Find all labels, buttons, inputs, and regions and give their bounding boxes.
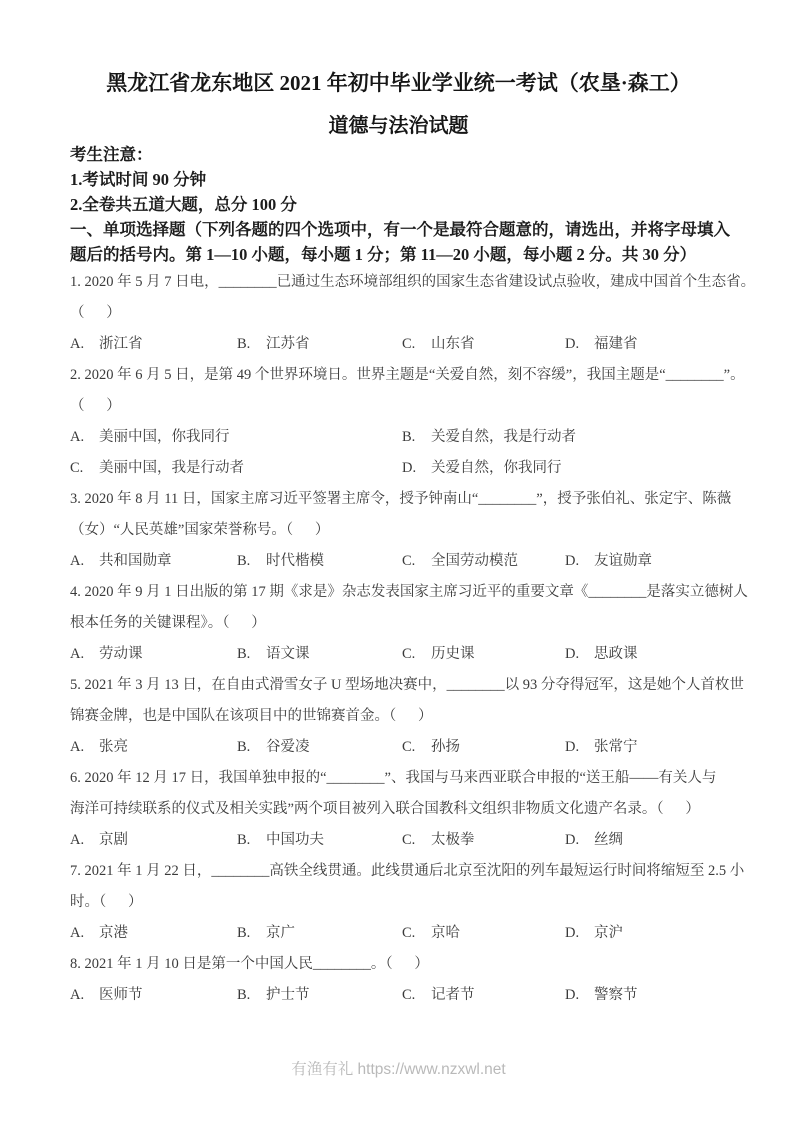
- option-text: 美丽中国，我是行动者: [99, 460, 244, 476]
- option-text: 劳动课: [99, 646, 143, 662]
- question-6: 6. 2020 年 12 月 17 日，我国单独申报的“________”、我国…: [70, 763, 727, 856]
- option-row: A.张亮 B.谷爱凌 C.孙扬 D.张常宁: [70, 732, 727, 763]
- option-label: A.: [70, 422, 87, 453]
- option-label: B.: [237, 918, 254, 949]
- option-text: 医师节: [99, 987, 143, 1003]
- option-label: A.: [70, 732, 87, 763]
- option-c: C.山东省: [402, 329, 565, 360]
- answer-brackets: （ ）: [70, 391, 727, 422]
- section-one-header: 一、单项选择题（下列各题的四个选项中，有一个是最符合题意的，请选出，并将字母填入…: [70, 217, 727, 267]
- option-a: A.京剧: [70, 825, 237, 856]
- question-text-continued: 锦赛金牌，也是中国队在该项目中的世锦赛首金。（ ）: [70, 701, 727, 732]
- option-text: 中国功夫: [266, 832, 324, 848]
- option-text: 友谊勋章: [594, 553, 652, 569]
- option-text: 京港: [99, 925, 128, 941]
- question-text-continued: 时。（ ）: [70, 887, 727, 918]
- question-text: 6. 2020 年 12 月 17 日，我国单独申报的“________”、我国…: [70, 763, 727, 794]
- option-text: 美丽中国，你我同行: [99, 429, 230, 445]
- option-text: 孙扬: [431, 739, 460, 755]
- option-d: D.京沪: [565, 918, 727, 949]
- option-text: 京剧: [99, 832, 128, 848]
- question-8: 8. 2021 年 1 月 10 日是第一个中国人民________。（ ） A…: [70, 949, 727, 1011]
- option-label: B.: [237, 639, 254, 670]
- option-label: D.: [565, 639, 582, 670]
- option-row: A.京港 B.京广 C.京哈 D.京沪: [70, 918, 727, 949]
- option-label: D.: [402, 453, 419, 484]
- option-label: C.: [70, 453, 87, 484]
- option-row: A.共和国勋章 B.时代楷模 C.全国劳动模范 D.友谊勋章: [70, 546, 727, 577]
- question-text: 4. 2020 年 9 月 1 日出版的第 17 期《求是》杂志发表国家主席习近…: [70, 577, 727, 608]
- option-label: B.: [237, 732, 254, 763]
- option-text: 山东省: [431, 336, 475, 352]
- option-text: 京沪: [594, 925, 623, 941]
- option-text: 关爱自然，我是行动者: [431, 429, 576, 445]
- option-c: C.全国劳动模范: [402, 546, 565, 577]
- option-label: A.: [70, 825, 87, 856]
- option-label: B.: [402, 422, 419, 453]
- option-label: C.: [402, 732, 419, 763]
- question-list: 1. 2020 年 5 月 7 日电，________已通过生态环境部组织的国家…: [70, 267, 727, 1011]
- question-text: 1. 2020 年 5 月 7 日电，________已通过生态环境部组织的国家…: [70, 267, 727, 298]
- option-a: A.京港: [70, 918, 237, 949]
- option-label: C.: [402, 329, 419, 360]
- watermark-text: 有渔有礼 https://www.nzxwl.net: [291, 1061, 505, 1078]
- option-text: 京广: [266, 925, 295, 941]
- watermark-footer: 有渔有礼 https://www.nzxwl.net: [70, 1059, 727, 1081]
- option-b: B.护士节: [237, 980, 402, 1011]
- question-1: 1. 2020 年 5 月 7 日电，________已通过生态环境部组织的国家…: [70, 267, 727, 360]
- question-text-continued: （女）“人民英雄”国家荣誉称号。（ ）: [70, 515, 727, 546]
- option-d: D.张常宁: [565, 732, 727, 763]
- option-text: 思政课: [594, 646, 638, 662]
- option-text: 记者节: [431, 987, 475, 1003]
- option-row: A.京剧 B.中国功夫 C.太极拳 D.丝绸: [70, 825, 727, 856]
- notice-item-1: 1.考试时间 90 分钟: [70, 167, 727, 192]
- question-text: 2. 2020 年 6 月 5 日，是第 49 个世界环境日。世界主题是“关爱自…: [70, 360, 727, 391]
- option-text: 全国劳动模范: [431, 553, 518, 569]
- option-label: C.: [402, 918, 419, 949]
- option-d: D.福建省: [565, 329, 727, 360]
- option-label: A.: [70, 329, 87, 360]
- option-label: A.: [70, 639, 87, 670]
- option-label: D.: [565, 825, 582, 856]
- option-label: C.: [402, 980, 419, 1011]
- option-label: A.: [70, 546, 87, 577]
- option-text: 历史课: [431, 646, 475, 662]
- option-row: A.劳动课 B.语文课 C.历史课 D.思政课: [70, 639, 727, 670]
- option-text: 张常宁: [594, 739, 638, 755]
- option-label: B.: [237, 825, 254, 856]
- option-row: C.美丽中国，我是行动者 D.关爱自然，你我同行: [70, 453, 727, 484]
- option-text: 浙江省: [99, 336, 143, 352]
- question-3: 3. 2020 年 8 月 11 日，国家主席习近平签署主席令，授予钟南山“__…: [70, 484, 727, 577]
- question-text-continued: 根本任务的关键课程》。（ ）: [70, 608, 727, 639]
- option-label: D.: [565, 732, 582, 763]
- option-c: C.记者节: [402, 980, 565, 1011]
- option-label: B.: [237, 329, 254, 360]
- option-text: 语文课: [266, 646, 310, 662]
- option-row: A.医师节 B.护士节 C.记者节 D.警察节: [70, 980, 727, 1011]
- option-text: 时代楷模: [266, 553, 324, 569]
- notice-item-2: 2.全卷共五道大题，总分 100 分: [70, 192, 727, 217]
- option-b: B.江苏省: [237, 329, 402, 360]
- candidate-notice: 考生注意： 1.考试时间 90 分钟 2.全卷共五道大题，总分 100 分: [70, 142, 727, 217]
- option-a: A.劳动课: [70, 639, 237, 670]
- option-text: 关爱自然，你我同行: [431, 460, 562, 476]
- option-label: C.: [402, 546, 419, 577]
- option-b: B.语文课: [237, 639, 402, 670]
- option-c: C.京哈: [402, 918, 565, 949]
- option-text: 京哈: [431, 925, 460, 941]
- exam-title-line1: 黑龙江省龙东地区 2021 年初中毕业学业统一考试（农垦·森工）: [70, 0, 727, 98]
- option-c: C.孙扬: [402, 732, 565, 763]
- option-c: C.太极拳: [402, 825, 565, 856]
- option-b: B.关爱自然，我是行动者: [402, 422, 727, 453]
- option-text: 福建省: [594, 336, 638, 352]
- option-a: A.张亮: [70, 732, 237, 763]
- option-label: D.: [565, 918, 582, 949]
- question-text: 7. 2021 年 1 月 22 日，________高铁全线贯通。此线贯通后北…: [70, 856, 727, 887]
- option-label: C.: [402, 639, 419, 670]
- option-label: D.: [565, 980, 582, 1011]
- question-text: 8. 2021 年 1 月 10 日是第一个中国人民________。（ ）: [70, 949, 727, 980]
- option-d: D.关爱自然，你我同行: [402, 453, 727, 484]
- option-c: C.美丽中国，我是行动者: [70, 453, 402, 484]
- option-c: C.历史课: [402, 639, 565, 670]
- option-d: D.友谊勋章: [565, 546, 727, 577]
- option-a: A.美丽中国，你我同行: [70, 422, 402, 453]
- section-header-line2: 题后的括号内。第 1—10 小题，每小题 1 分；第 11—20 小题，每小题 …: [70, 242, 727, 267]
- answer-brackets: （ ）: [70, 298, 727, 329]
- option-label: D.: [565, 329, 582, 360]
- option-a: A.浙江省: [70, 329, 237, 360]
- question-2: 2. 2020 年 6 月 5 日，是第 49 个世界环境日。世界主题是“关爱自…: [70, 360, 727, 484]
- option-label: A.: [70, 980, 87, 1011]
- notice-heading: 考生注意：: [70, 142, 727, 167]
- option-label: B.: [237, 980, 254, 1011]
- exam-paper-page: 黑龙江省龙东地区 2021 年初中毕业学业统一考试（农垦·森工） 道德与法治试题…: [0, 0, 793, 1122]
- section-header-line1: 一、单项选择题（下列各题的四个选项中，有一个是最符合题意的，请选出，并将字母填入: [70, 217, 727, 242]
- question-text-continued: 海洋可持续联系的仪式及相关实践”两个项目被列入联合国教科文组织非物质文化遗产名录…: [70, 794, 727, 825]
- option-label: B.: [237, 546, 254, 577]
- option-d: D.丝绸: [565, 825, 727, 856]
- option-text: 张亮: [99, 739, 128, 755]
- option-label: A.: [70, 918, 87, 949]
- question-text: 5. 2021 年 3 月 13 日，在自由式滑雪女子 U 型场地决赛中，___…: [70, 670, 727, 701]
- option-text: 共和国勋章: [99, 553, 172, 569]
- option-b: B.京广: [237, 918, 402, 949]
- option-text: 江苏省: [266, 336, 310, 352]
- option-label: D.: [565, 546, 582, 577]
- option-text: 护士节: [266, 987, 310, 1003]
- question-text: 3. 2020 年 8 月 11 日，国家主席习近平签署主席令，授予钟南山“__…: [70, 484, 727, 515]
- option-a: A.共和国勋章: [70, 546, 237, 577]
- option-b: B.时代楷模: [237, 546, 402, 577]
- option-b: B.谷爱凌: [237, 732, 402, 763]
- option-a: A.医师节: [70, 980, 237, 1011]
- option-label: C.: [402, 825, 419, 856]
- option-d: D.警察节: [565, 980, 727, 1011]
- option-row: A.浙江省 B.江苏省 C.山东省 D.福建省: [70, 329, 727, 360]
- question-5: 5. 2021 年 3 月 13 日，在自由式滑雪女子 U 型场地决赛中，___…: [70, 670, 727, 763]
- option-text: 谷爱凌: [266, 739, 310, 755]
- question-4: 4. 2020 年 9 月 1 日出版的第 17 期《求是》杂志发表国家主席习近…: [70, 577, 727, 670]
- option-b: B.中国功夫: [237, 825, 402, 856]
- option-row: A.美丽中国，你我同行 B.关爱自然，我是行动者: [70, 422, 727, 453]
- question-7: 7. 2021 年 1 月 22 日，________高铁全线贯通。此线贯通后北…: [70, 856, 727, 949]
- option-text: 太极拳: [431, 832, 475, 848]
- option-d: D.思政课: [565, 639, 727, 670]
- option-text: 丝绸: [594, 832, 623, 848]
- exam-title-line2: 道德与法治试题: [70, 112, 727, 140]
- option-text: 警察节: [594, 987, 638, 1003]
